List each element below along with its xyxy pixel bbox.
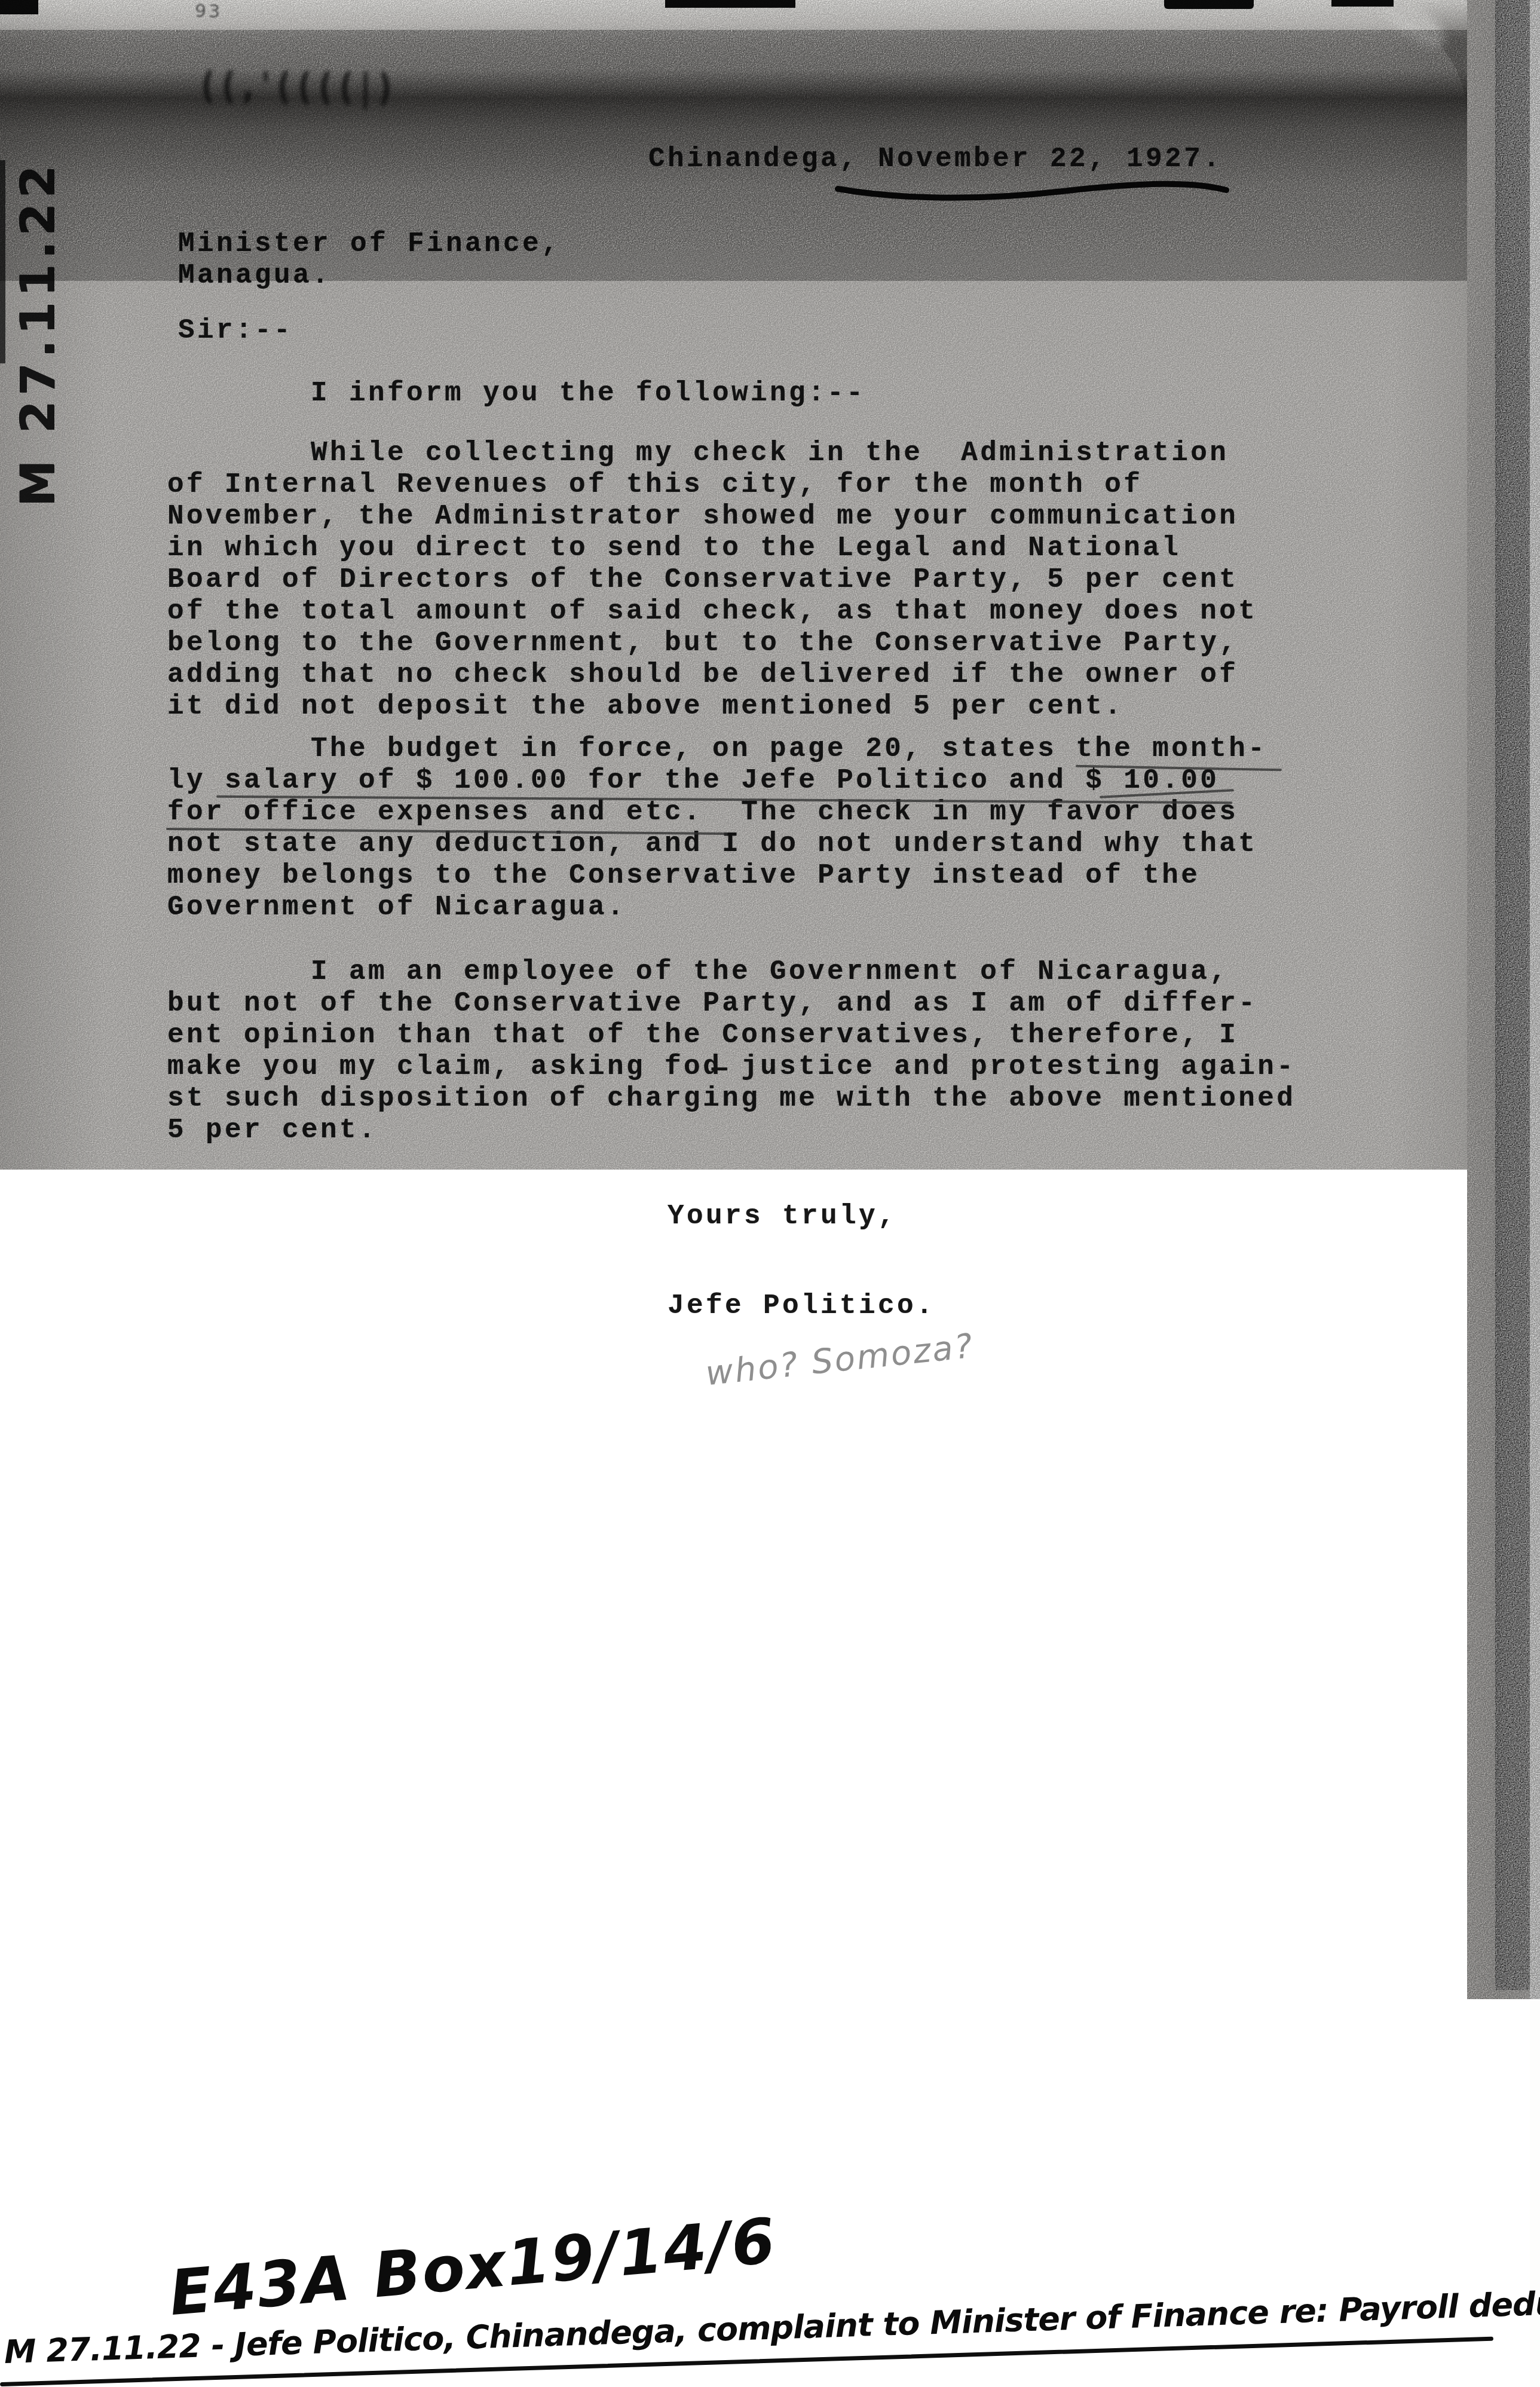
- archive-box-note: E43A Box19/14/6: [167, 2208, 779, 2326]
- pencil-query-annotation: who? Somoza?: [704, 1329, 976, 1393]
- date-underline: [829, 173, 1236, 204]
- top-edge-blob: [665, 0, 795, 8]
- top-edge-blob: [1331, 0, 1394, 7]
- ink-smudge-mark: ((,'((((|): [201, 65, 399, 109]
- paragraph-4: I am an employee of the Government of Ni…: [167, 956, 1296, 1146]
- binder-dark-strip: [1495, 0, 1530, 1990]
- salutation: Sir:--: [178, 315, 293, 347]
- paragraph-1: I inform you the following:--: [167, 378, 865, 409]
- dateline: Chinandega, November 22, 1927.: [648, 143, 1222, 175]
- top-edge-blob: [1164, 0, 1254, 9]
- scanned-letter-page: ((,'((((|) 93 M 27.11.22 Chinandega, Nov…: [0, 0, 1540, 2387]
- paragraph-2: While collecting my check in the Adminis…: [167, 437, 1257, 723]
- top-edge-blob: [0, 0, 38, 14]
- left-edge-mark: [0, 160, 5, 363]
- vertical-archival-code: M 27.11.22: [13, 160, 63, 507]
- closing: Yours truly,: [668, 1201, 897, 1232]
- right-white-edge: [1530, 0, 1540, 2387]
- faint-corner-mark: 93: [194, 2, 222, 22]
- paragraph-3: The budget in force, on page 20, states …: [167, 733, 1267, 923]
- signature-line: Jefe Politico.: [668, 1290, 935, 1322]
- recipient-block: Minister of Finance, Managua.: [178, 228, 561, 292]
